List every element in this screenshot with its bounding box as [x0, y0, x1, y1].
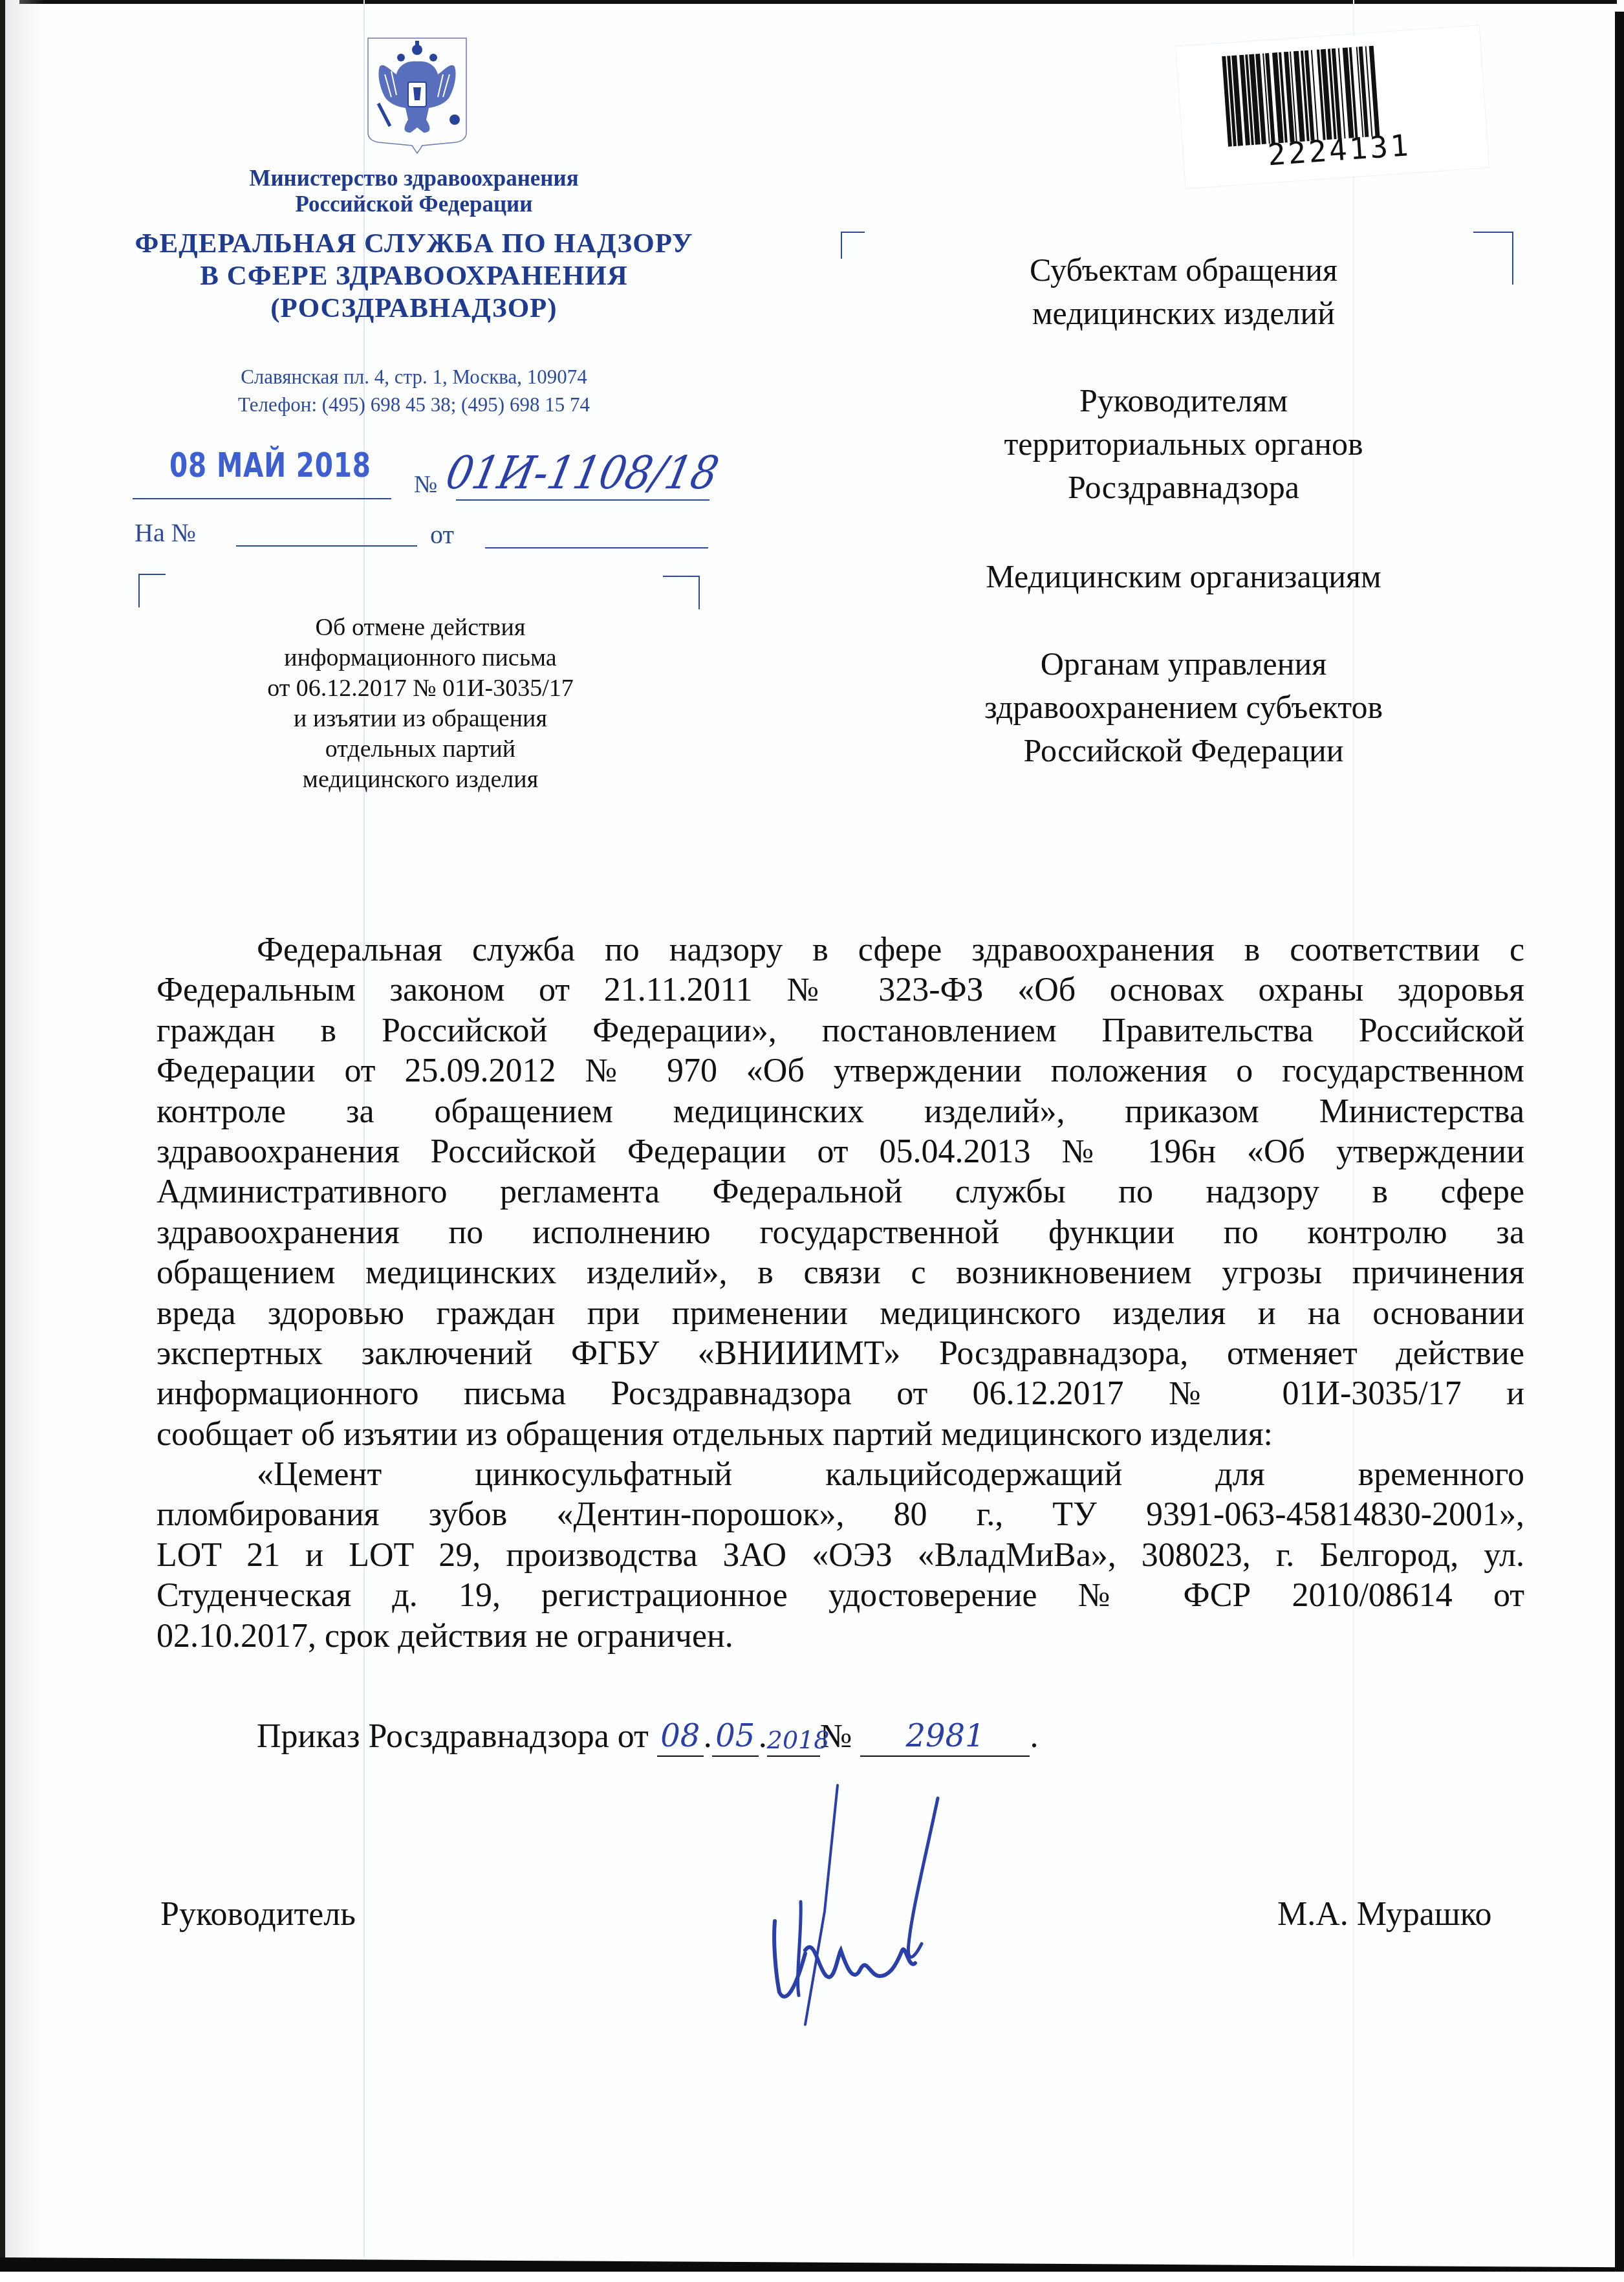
- signatory-name: М.А. Мурашко: [1277, 1895, 1491, 1933]
- order-date-dot: .: [704, 1718, 712, 1755]
- scan-border-left: [0, 0, 5, 2264]
- address: Славянская пл. 4, стр. 1, Москва, 109074: [155, 365, 673, 389]
- order-number-field: 2981: [860, 1717, 1030, 1757]
- body-line: вреда здоровью граждан при применении ме…: [157, 1294, 1524, 1334]
- recipient-line: территориальных органов: [860, 425, 1507, 462]
- scan-bottom-margin: [0, 2272, 1624, 2282]
- body-paragraph-2: «Цемент цинкосульфатный кальцийсодержащи…: [157, 1455, 1524, 1657]
- number-sign: №: [414, 470, 437, 499]
- body-line: сообщает об изъятии из обращения отдельн…: [157, 1415, 1524, 1455]
- body-line: «Цемент цинкосульфатный кальцийсодержащи…: [157, 1455, 1524, 1495]
- subject-line: Об отмене действия: [149, 613, 692, 642]
- outgoing-number: 01И-1108/18: [442, 446, 724, 499]
- subject-line: от 06.12.2017 № 01И-3035/17: [149, 674, 692, 702]
- order-year-field: 2018: [767, 1717, 820, 1757]
- scan-edge-shade: [5, 0, 44, 2257]
- signatory-role: Руководитель: [160, 1895, 356, 1933]
- recipient-line: здравоохранением субъектов: [860, 688, 1507, 726]
- order-month-field: 05: [712, 1717, 759, 1757]
- body-line: граждан в Российской Федерации», постано…: [157, 1011, 1524, 1051]
- body-line: 02.10.2017, срок действия не ограничен.: [157, 1616, 1524, 1657]
- handwritten-signature-icon: [770, 1782, 1028, 2028]
- phone: Телефон: (495) 698 45 38; (495) 698 15 7…: [155, 393, 673, 417]
- body-line: здравоохранения Российской Федерации от …: [157, 1132, 1524, 1172]
- body-line: экспертных заключений ФГБУ «ВНИИИМТ» Рос…: [157, 1334, 1524, 1374]
- service-name-line-3: (РОСЗДРАВНАДЗОР): [97, 292, 731, 324]
- recipient-line: Субъектам обращения: [860, 251, 1507, 288]
- reply-to-number-field: [236, 545, 417, 547]
- from-label: от: [430, 519, 454, 550]
- date-stamp: 08 МАЙ 2018: [169, 446, 371, 485]
- bracket-top-right: [663, 576, 700, 609]
- order-prefix: Приказ Росздравнадзора от: [257, 1718, 649, 1755]
- recipient-line: медицинских изделий: [860, 294, 1507, 332]
- body-line: Федеральным законом от 21.11.2011 № 323-…: [157, 970, 1524, 1010]
- subject-line: информационного письма: [149, 644, 692, 672]
- order-suffix: .: [1030, 1718, 1038, 1755]
- recipient-line: Российской Федерации: [860, 732, 1507, 769]
- scan-border-right: [1615, 12, 1624, 2269]
- recipient-line: Росздравнадзора: [860, 468, 1507, 506]
- order-reference: Приказ Росздравнадзора от 08 .05 .2018 №…: [257, 1717, 1038, 1757]
- scan-border-top: [19, 0, 1617, 4]
- barcode-label: 2224131: [1176, 25, 1489, 188]
- ministry-name-line-1: Министерство здравоохранения: [155, 166, 673, 191]
- body-line: контроле за обращением медицинских издел…: [157, 1092, 1524, 1132]
- body-line: Федеральная служба по надзору в сфере зд…: [157, 930, 1524, 970]
- bracket-top-left: [138, 574, 166, 607]
- order-day-field: 08: [657, 1717, 704, 1757]
- service-name-line-1: ФЕДЕРАЛЬНАЯ СЛУЖБА ПО НАДЗОРУ: [97, 228, 731, 259]
- recipient-line: Органам управления: [860, 645, 1507, 682]
- subject-line: и изъятии из обращения: [149, 704, 692, 733]
- coat-of-arms-icon: [365, 36, 469, 155]
- body-line: здравоохранения по исполнению государств…: [157, 1213, 1524, 1253]
- body-paragraph-1: Федеральная служба по надзору в сфере зд…: [157, 930, 1524, 1455]
- recipient-line: Руководителям: [860, 382, 1507, 419]
- reply-to-label: На №: [135, 517, 196, 548]
- body-line: пломбирования зубов «Дентин-порошок», 80…: [157, 1495, 1524, 1535]
- order-date-dot: .: [759, 1718, 767, 1755]
- body-line: LOT 21 и LOT 29, производства ЗАО «ОЭЗ «…: [157, 1536, 1524, 1576]
- date-underline: [133, 498, 391, 499]
- from-date-field: [485, 547, 708, 549]
- body-line: информационного письма Росздравнадзора о…: [157, 1374, 1524, 1414]
- number-underline: [456, 499, 709, 501]
- service-name-line-2: В СФЕРЕ ЗДРАВООХРАНЕНИЯ: [97, 260, 731, 292]
- body-line: Административного регламента Федеральной…: [157, 1172, 1524, 1212]
- subject-line: отдельных партий: [149, 735, 692, 763]
- recipient-line: Медицинским организациям: [860, 558, 1507, 595]
- body-line: Студенческая д. 19, регистрационное удос…: [157, 1576, 1524, 1616]
- body-line: обращением медицинских изделий», в связи…: [157, 1253, 1524, 1293]
- ministry-name-line-2: Российской Федерации: [155, 191, 673, 217]
- subject-line: медицинского изделия: [149, 765, 692, 794]
- body-line: Федерации от 25.09.2012 № 970 «Об утверж…: [157, 1051, 1524, 1091]
